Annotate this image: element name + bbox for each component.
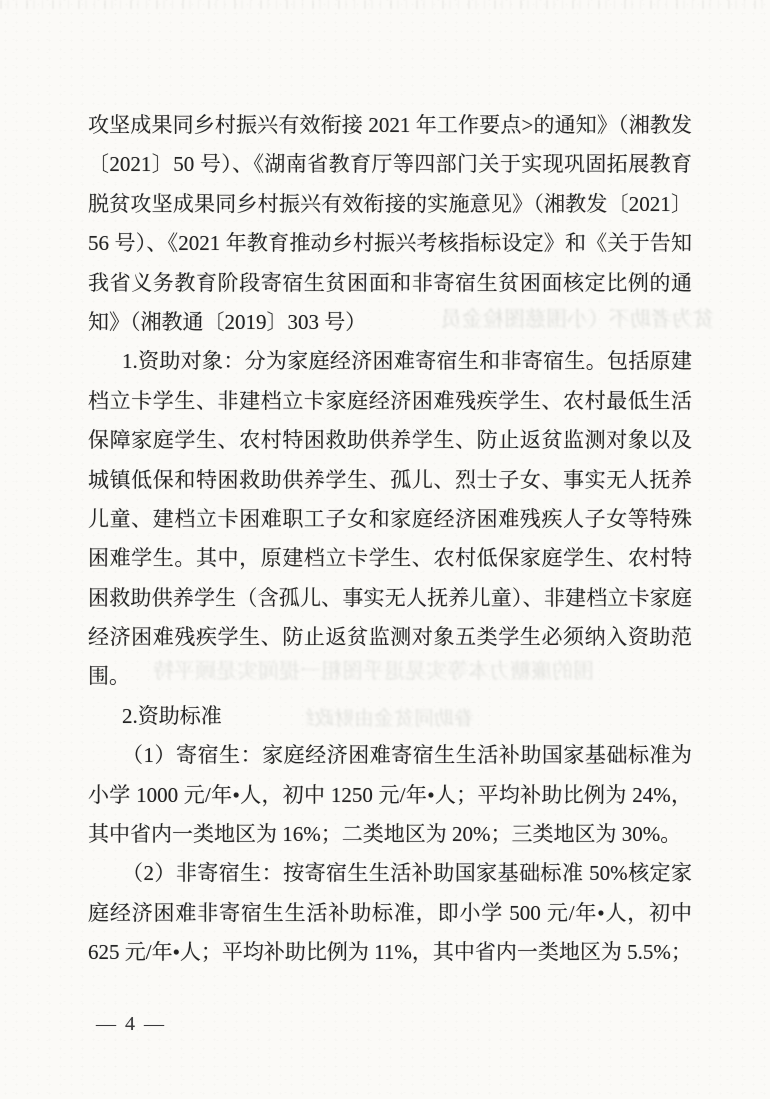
page-number: — 4 —	[96, 1013, 166, 1036]
text-line: 经济困难残疾学生、防止返贫监测对象五类学生必须纳入资助范	[88, 618, 692, 657]
text-line: 2.资助标准	[88, 697, 692, 736]
text-line: 围。	[88, 657, 692, 696]
text-line: 城镇低保和特困救助供养学生、孤儿、烈士子女、事实无人抚养	[88, 461, 692, 500]
text-line: 儿童、建档立卡困难职工子女和家庭经济困难残疾人子女等特殊	[88, 500, 692, 539]
text-line: 困救助供养学生（含孤儿、事实无人抚养儿童）、非建档立卡家庭	[88, 579, 692, 618]
text-line: 保障家庭学生、农村特困救助供养学生、防止返贫监测对象以及	[88, 421, 692, 460]
text-line: 625 元/年•人；平均补助比例为 11%，其中省内一类地区为 5.5%；	[88, 933, 692, 972]
text-line: 56 号）、《2021 年教育推动乡村振兴考核指标设定》和《关于告知	[88, 224, 692, 263]
text-line: 攻坚成果同乡村振兴有效衔接 2021 年工作要点>的通知》（湘教发	[88, 106, 692, 145]
text-line: 其中省内一类地区为 16%；二类地区为 20%；三类地区为 30%。	[88, 815, 692, 854]
text-line: 我省义务教育阶段寄宿生贫困面和非寄宿生贫困面核定比例的通	[88, 264, 692, 303]
text-line: （1）寄宿生：家庭经济困难寄宿生生活补助国家基础标准为	[88, 736, 692, 775]
text-line: 〔2021〕50 号）、《湖南省教育厅等四部门关于实现巩固拓展教育	[88, 145, 692, 184]
body-text: 攻坚成果同乡村振兴有效衔接 2021 年工作要点>的通知》（湘教发 〔2021〕…	[88, 106, 692, 973]
text-line: 档立卡学生、非建档立卡家庭经济困难残疾学生、农村最低生活	[88, 382, 692, 421]
text-line: 1.资助对象：分为家庭经济困难寄宿生和非寄宿生。包括原建	[88, 342, 692, 381]
text-line: 知》（湘教通〔2019〕303 号）	[88, 303, 692, 342]
text-line: 庭经济困难非寄宿生生活补助标准，即小学 500 元/年•人，初中	[88, 894, 692, 933]
text-line: （2）非寄宿生：按寄宿生生活补助国家基础标准 50%核定家	[88, 854, 692, 893]
scan-edge-noise	[0, 0, 770, 9]
text-line: 脱贫攻坚成果同乡村振兴有效衔接的实施意见》（湘教发〔2021〕	[88, 185, 692, 224]
text-line: 小学 1000 元/年•人，初中 1250 元/年•人；平均补助比例为 24%，	[88, 776, 692, 815]
text-line: 困难学生。其中，原建档立卡学生、农村低保家庭学生、农村特	[88, 539, 692, 578]
